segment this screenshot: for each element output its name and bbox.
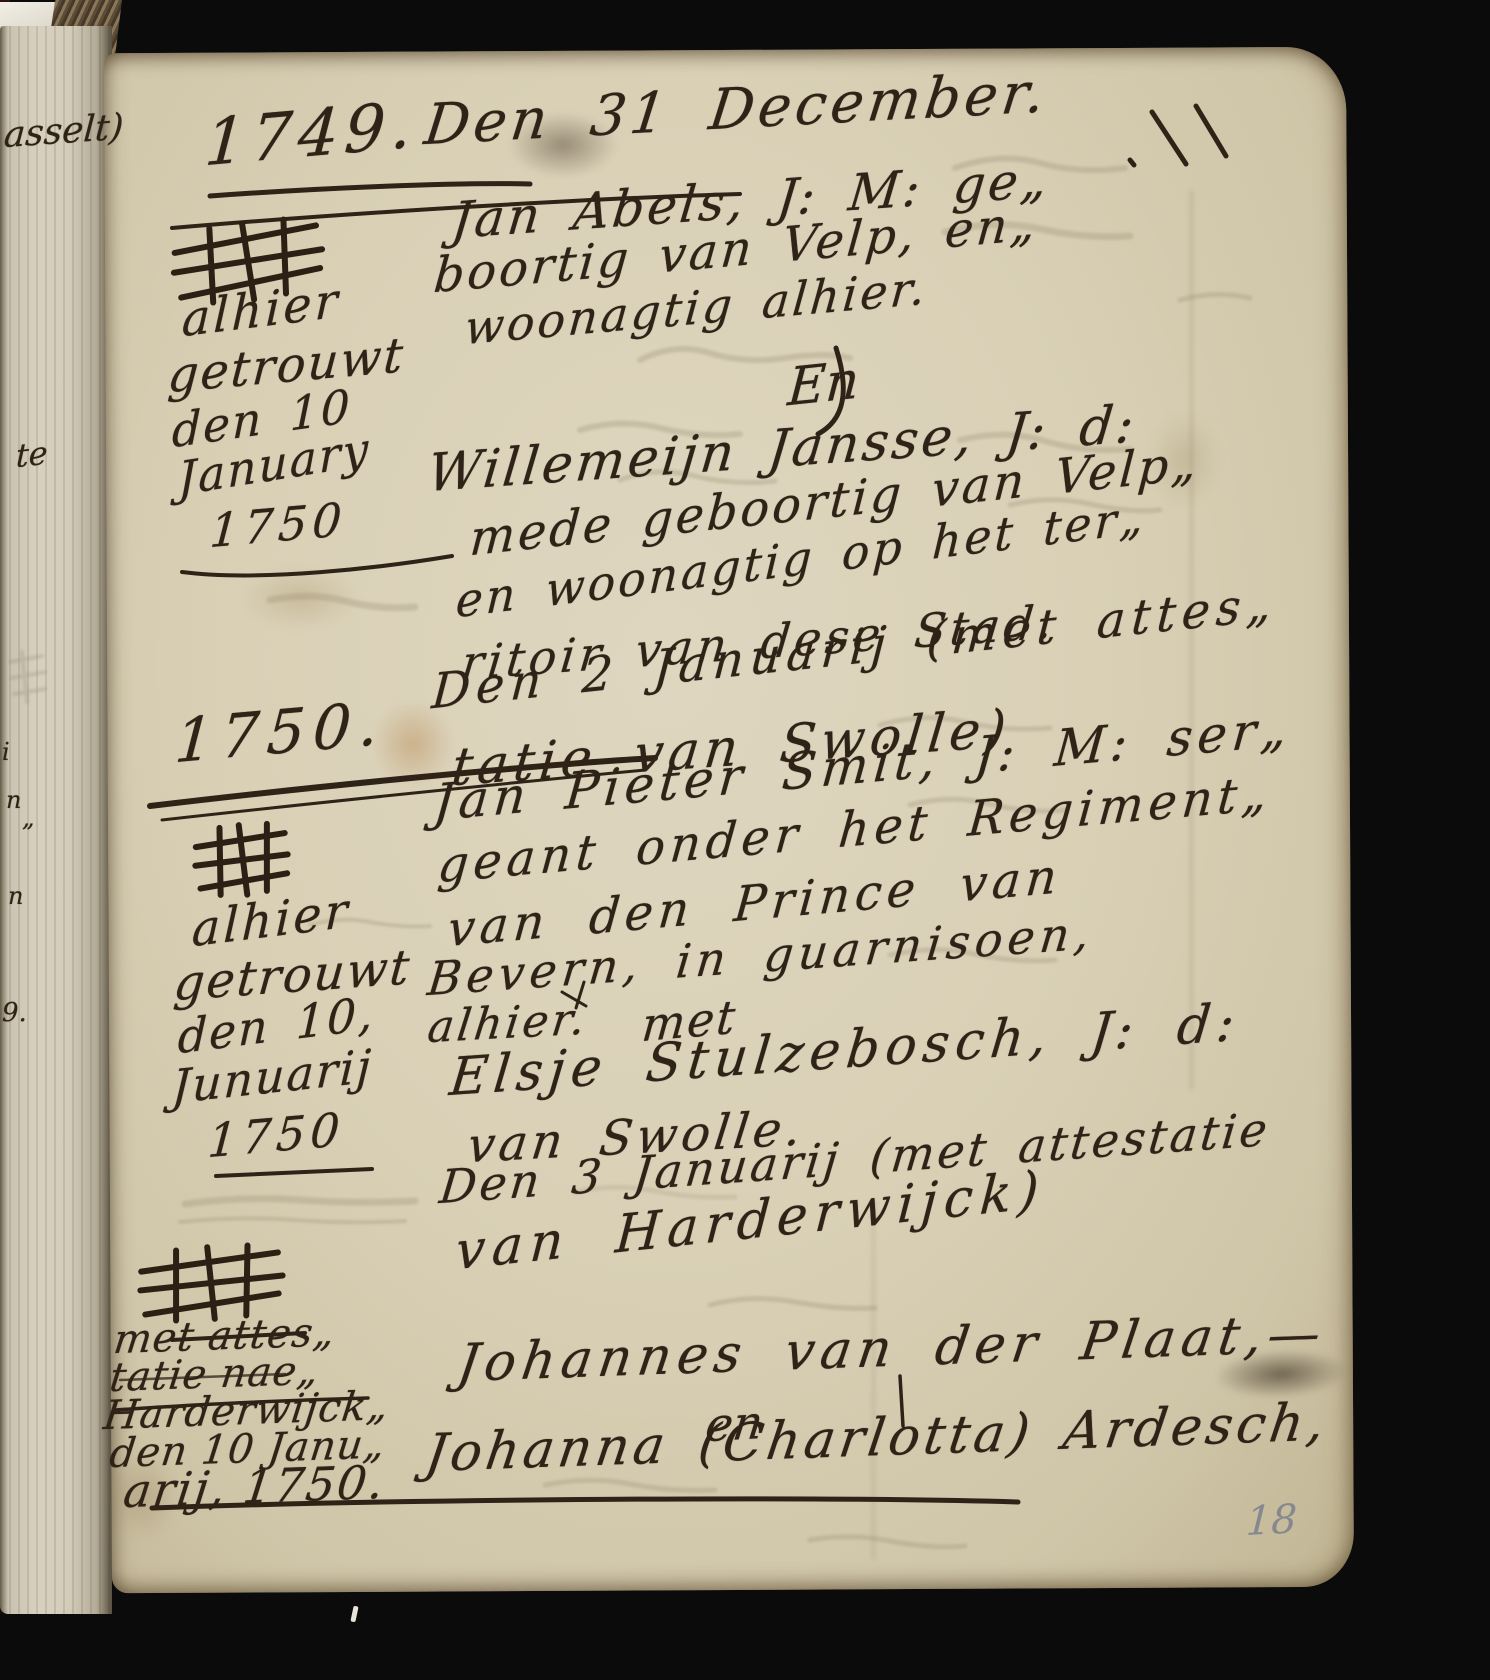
conjunction-word: En (786, 354, 861, 414)
facing-page-text-fragment: 9. (2, 1000, 27, 1026)
page-number: 18 (1245, 1499, 1298, 1542)
margin-note-line: 1750 (206, 1106, 346, 1164)
margin-note-line: 1750 (208, 496, 348, 554)
margin-year-1749: 1749. (203, 93, 420, 176)
margin-note-line: arij, 1750. (121, 1459, 388, 1514)
margin-year-1750: 1750. (173, 693, 388, 772)
manuscript-scan: asselt) te i n „ n 9. 1749. alhier getro… (0, 0, 1490, 1680)
facing-page-strip (0, 26, 112, 1614)
tally-mark-icon (146, 1244, 277, 1323)
facing-page-text-fragment: i (2, 740, 10, 764)
facing-page-text-fragment: „ (22, 806, 34, 830)
facing-page-text-fragment: n (8, 884, 23, 908)
facing-page-text-fragment: n (6, 788, 21, 812)
facing-page-text-fragment: asselt) (3, 110, 125, 155)
tally-mark-icon (197, 822, 287, 897)
facing-page-text-fragment: te (15, 437, 48, 473)
paper-speck (350, 1606, 358, 1623)
